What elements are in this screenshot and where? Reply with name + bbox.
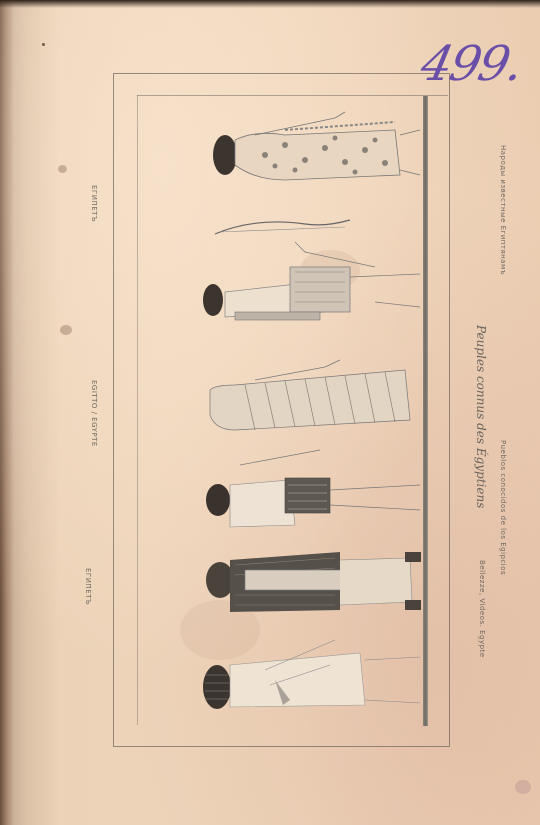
plate-title-french: Peuples connus des Égyptiens xyxy=(474,325,488,508)
figure-2-archer xyxy=(195,212,425,332)
stain xyxy=(42,43,45,46)
plate-reference-bottom: Bellezze, Videos. Egypte xyxy=(478,560,486,658)
figure-5-dark-figure xyxy=(200,540,425,620)
left-caption-middle: EGITTO / EGYPTE xyxy=(90,380,98,447)
scanned-page: 499. xyxy=(0,0,540,825)
figure-3-banded-robe xyxy=(195,345,425,440)
stain xyxy=(58,165,67,173)
plate-inner-border-left xyxy=(137,95,138,725)
figure-6-sheer-robe xyxy=(195,625,425,715)
stain xyxy=(515,780,531,794)
left-caption-top: ЕГИПЕТЪ xyxy=(90,185,98,222)
page-top-shadow xyxy=(0,0,540,8)
plate-subtitle-russian: Народы известные Египтянамъ xyxy=(499,145,507,275)
plate-subtitle-spanish: Pueblos conocidos de los Egipcios xyxy=(499,440,507,575)
figure-4-bearded-kilt xyxy=(200,445,425,540)
left-caption-bottom: ЕГИПЕТЪ xyxy=(84,568,92,605)
stain xyxy=(60,325,72,335)
figure-1-patterned-robe xyxy=(195,100,425,195)
plate-inner-border-top xyxy=(137,95,448,96)
handwritten-page-number: 499. xyxy=(416,36,527,92)
